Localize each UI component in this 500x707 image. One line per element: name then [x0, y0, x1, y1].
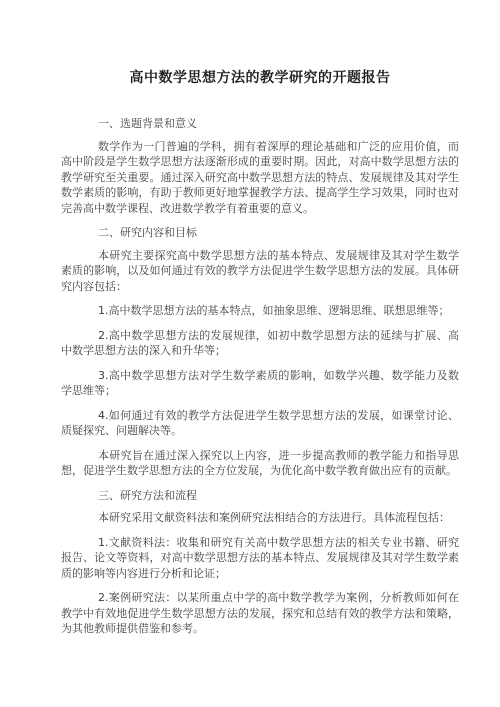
- section-methods-process: 三、研究方法和流程 本研究采用文献资料法和案例研究法相结合的方法进行。具体流程包…: [61, 488, 459, 637]
- section-content-goals: 二、研究内容和目标 本研究主要探究高中数学思想方法的基本特点、发展规律及其对学生…: [61, 225, 459, 479]
- list-item-3: 3.高中数学思想方法对学生数学素质的影响，如数学兴趣、数学能力及数学思维等；: [61, 368, 459, 399]
- paragraph: 本研究采用文献资料法和案例研究法相结合的方法进行。具体流程包括：: [61, 510, 459, 526]
- list-item-4: 4.如何通过有效的教学方法促进学生数学思想方法的发展，如课堂讨论、质疑探究、问题…: [61, 408, 459, 439]
- section-background: 一、选题背景和意义 数学作为一门普遍的学科，拥有着深厚的理论基础和广泛的应用价值…: [61, 116, 459, 216]
- list-item-1: 1.高中数学思想方法的基本特点，如抽象思维、逻辑思维、联想思维等；: [61, 303, 459, 319]
- section-content-goals-heading: 二、研究内容和目标: [61, 225, 459, 241]
- paragraph: 本研究旨在通过深入探究以上内容，进一步提高教师的教学能力和指导思想，促进学生数学…: [61, 448, 459, 479]
- list-item-1: 1.文献资料法：收集和研究有关高中数学思想方法的相关专业书籍、研究报告、论文等资…: [61, 535, 459, 582]
- section-methods-process-heading: 三、研究方法和流程: [61, 488, 459, 504]
- document-title: 高中数学思想方法的教学研究的开题报告: [61, 70, 459, 87]
- list-item-2: 2.案例研究法：以某所重点中学的高中数学教学为案例，分析教师如何在教学中有效地促…: [61, 590, 459, 637]
- paragraph: 数学作为一门普遍的学科，拥有着深厚的理论基础和广泛的应用价值，而高中阶段是学生数…: [61, 139, 459, 217]
- list-item-2: 2.高中数学思想方法的发展规律，如初中数学思想方法的延续与扩展、高中数学思想方法…: [61, 328, 459, 359]
- document-page: 高中数学思想方法的教学研究的开题报告 一、选题背景和意义 数学作为一门普遍的学科…: [0, 0, 500, 707]
- paragraph: 本研究主要探究高中数学思想方法的基本特点、发展规律及其对学生数学素质的影响，以及…: [61, 248, 459, 295]
- section-background-heading: 一、选题背景和意义: [61, 116, 459, 132]
